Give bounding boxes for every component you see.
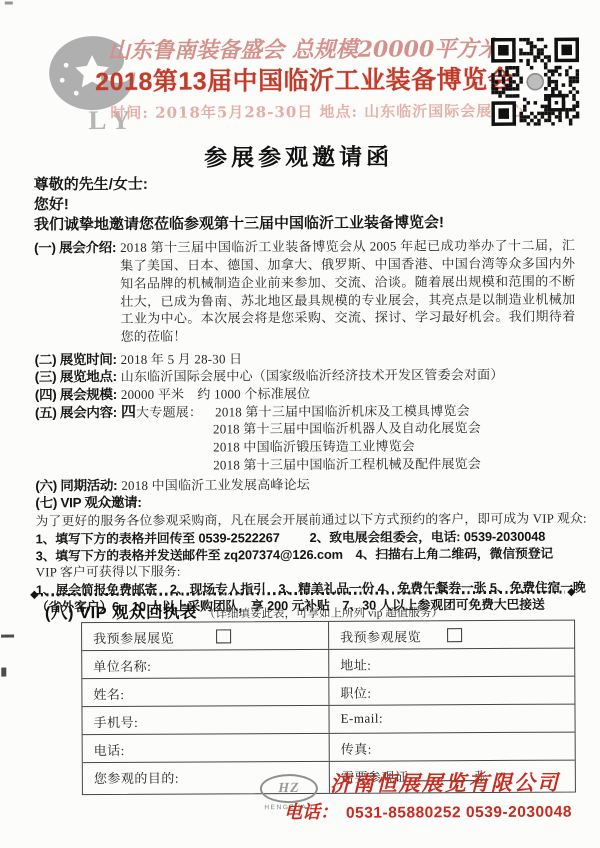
table-row: 电话: 传真: [83, 733, 575, 764]
vip-method-line-2: 3、填写下方的表格并发送邮件至 zq207374@126.com 4、扫描右上角… [36, 544, 577, 564]
header-expo-title: 2018第13届中国临沂工业装备博览会 [95, 60, 505, 98]
vip-method-2: 2、致电展会组委会，电话: 0539-2030048 [310, 529, 546, 545]
section-concurrent-label: (六) 同期活动: [35, 476, 121, 494]
section-scale-label: (四) 展会规模: [35, 386, 121, 404]
letter-body: 尊敬的先生/女士: 您好! 我们诚挚地邀请您莅临参观第十三届中国临沂工业装备博览… [34, 173, 577, 616]
scan-artifact [1, 634, 14, 637]
table-row: 单位名称: 地址: [82, 649, 574, 680]
reply-form-note: （详细填妥此表，可享如上所列 vip 超值服务） [204, 607, 443, 620]
section-content-body: 四大专题展：2018 第十三届中国临沂机床及工模具博览会 2018 第十三届中国… [121, 401, 576, 474]
form-cell-name: 姓名: [82, 678, 329, 706]
diamond-icon [30, 591, 38, 599]
theme-expo-item: 2018 中国临沂锻压铸造工业博览会 [213, 437, 576, 457]
theme-expo-lead: 大专题展： [136, 404, 202, 419]
footer-phone-label: 电话： [284, 802, 338, 823]
vip-method-1: 1、填写下方的表格并回传至 0539-2522267 [36, 529, 310, 547]
visit-checkbox[interactable] [447, 628, 462, 642]
scan-artifact [5, 1, 13, 4]
form-cell-position: 职位: [329, 677, 574, 705]
footer-company-name: 济南恒展展览有限公司 [330, 767, 560, 798]
section-concurrent-content: 2018 中国临沂工业发展高峰论坛 [121, 474, 576, 494]
table-row: 姓名: 职位: [82, 677, 574, 708]
section-venue-label: (三) 展览地点: [35, 368, 121, 386]
reply-form-title: (八) VIP 观众回执表 [45, 604, 197, 623]
form-cell-company: 单位名称: [82, 650, 329, 678]
greeting-invite: 我们诚挚地邀请您莅临参观第十三届中国临沂工业装备博览会! [34, 212, 575, 235]
section-content-label: (五) 展会内容: [35, 404, 121, 475]
theme-expo-item: 2018 第十三届中国临沂机床及工模具博览会 [215, 403, 470, 419]
qr-code [491, 38, 579, 126]
section-content: (五) 展会内容: 四大专题展：2018 第十三届中国临沂机床及工模具博览会 2… [35, 401, 576, 475]
form-cell-mobile: 手机号: [82, 706, 329, 734]
scan-artifact [1, 668, 6, 677]
form-cell-visit: 我预参观展览 [329, 621, 574, 649]
form-cell-phone: 电话: [83, 734, 330, 762]
exhibit-checkbox[interactable] [216, 629, 231, 643]
dotted-line [41, 591, 565, 597]
header-time-place: 时间: 2018年5月28-30日 地点: 山东临沂国际会展中心 [110, 100, 524, 123]
scanned-invitation-page: LY 山东鲁南装备盛会 总规模20000平方米 2018第13届中国临沂工业装备… [0, 0, 600, 848]
theme-expo-item: 2018 第十三届中国临沂机器人及自动化展览会 [213, 419, 576, 439]
diamond-icon [567, 588, 575, 596]
section-vip-label: (七) VIP 观众邀请: [35, 494, 141, 512]
table-row: 手机号: E-mail: [82, 705, 574, 736]
page-title: 参展参观邀请函 [0, 137, 599, 173]
section-time-label: (二) 展览时间: [35, 351, 121, 369]
form-cell-address: 地址: [329, 649, 574, 677]
table-row: 我预参展展览 我预参观展览 [82, 621, 574, 652]
form-cell-exhibit: 我预参展展览 [82, 622, 329, 650]
section-intro: (一) 展会介绍: 2018 第十三届中国临沂工业装备博览会从 2005 年起已… [34, 237, 576, 346]
form-cell-fax: 传真: [330, 733, 575, 761]
section-concurrent: (六) 同期活动: 2018 中国临沂工业发展高峰论坛 [35, 474, 576, 495]
footer-phone-numbers: 0531-85880252 0539-2030048 [346, 804, 572, 822]
four-emphasis: 四 [121, 404, 136, 421]
section-intro-content: 2018 第十三届中国临沂工业装备博览会从 2005 年起已成功举办了十二届，汇… [120, 237, 576, 346]
section-intro-label: (一) 展会介绍: [34, 239, 121, 346]
section-vip: (七) VIP 观众邀请: [35, 492, 576, 513]
section-list: (一) 展会介绍: 2018 第十三届中国临沂工业装备博览会从 2005 年起已… [34, 237, 576, 512]
footer-phone-line: 电话：0531-85880252 0539-2030048 [284, 797, 572, 825]
theme-expo-item: 2018 第十三届中国临沂工程机械及配件展览会 [213, 454, 576, 474]
reply-form-heading: (八) VIP 观众回执表（详细填妥此表，可享如上所列 vip 超值服务） [45, 597, 443, 623]
form-cell-email: E-mail: [329, 705, 574, 733]
